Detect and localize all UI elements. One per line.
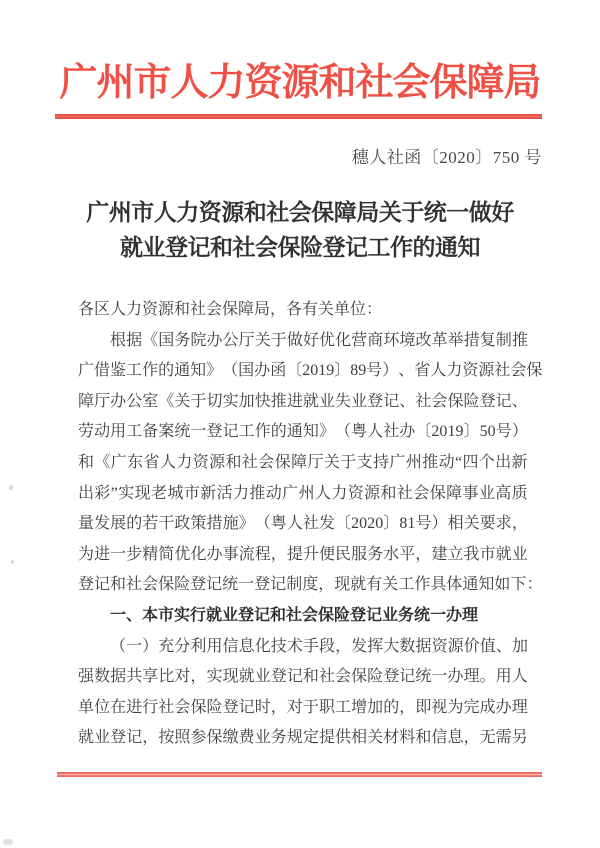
body-line: 一、本市实行就业登记和社会保险登记业务统一办理	[78, 601, 528, 632]
body-line: 单位在进行社会保险登记时，对于职工增加的，即视为完成办理	[78, 693, 528, 724]
body-line: 各区人力资源和社会保障局，各有关单位：	[78, 295, 528, 326]
body-line: 障厅办公室《关于切实加快推进就业失业登记、社会保险登记、	[78, 387, 528, 418]
agency-masthead-title: 广州市人力资源和社会保障局	[0, 58, 600, 108]
body-line: 广借鉴工作的通知》（国办函〔2019〕89 号）、省人力资源社会保	[78, 356, 528, 387]
document-title: 广州市人力资源和社会保障局关于统一做好 就业登记和社会保险登记工作的通知	[0, 195, 600, 265]
body-line: 强数据共享比对，实现就业登记和社会保险登记统一办理。用人	[78, 662, 528, 693]
body-line: 出彩”实现老城市新活力推动广州人力资源和社会保障事业高质	[78, 479, 528, 510]
footer-rule	[57, 772, 542, 777]
masthead-rule	[55, 114, 542, 119]
body-line: 就业登记，按照参保缴费业务规定提供相关材料和信息，无需另	[78, 723, 528, 754]
body-line: （一）充分利用信息化技术手段，发挥大数据资源价值、加	[78, 632, 528, 663]
body-line: 劳动用工备案统一登记工作的通知》（粤人社办〔2019〕50 号）	[78, 417, 528, 448]
scan-artifact-speck	[10, 560, 15, 565]
scan-artifact-speck	[3, 839, 13, 845]
document-number: 穗人社函〔2020〕750 号	[352, 146, 542, 170]
body-line: 和《广东省人力资源和社会保障厅关于支持广州推动“四个出新	[78, 448, 528, 479]
body-line: 根据《国务院办公厅关于做好优化营商环境改革举措复制推	[78, 326, 528, 357]
body-line: 登记和社会保险登记统一登记制度，现就有关工作具体通知如下：	[78, 570, 528, 601]
document-title-line-2: 就业登记和社会保险登记工作的通知	[0, 230, 600, 265]
document-body: 各区人力资源和社会保障局，各有关单位：根据《国务院办公厅关于做好优化营商环境改革…	[78, 295, 528, 754]
scanned-document-page: 广州市人力资源和社会保障局 穗人社函〔2020〕750 号 广州市人力资源和社会…	[0, 0, 600, 848]
body-line: 量发展的若干政策措施》（粤人社发〔2020〕81 号）相关要求，	[78, 509, 528, 540]
scan-artifact-speck	[8, 484, 14, 490]
document-title-line-1: 广州市人力资源和社会保障局关于统一做好	[0, 195, 600, 230]
body-line: 为进一步精简优化办事流程，提升便民服务水平，建立我市就业	[78, 540, 528, 571]
